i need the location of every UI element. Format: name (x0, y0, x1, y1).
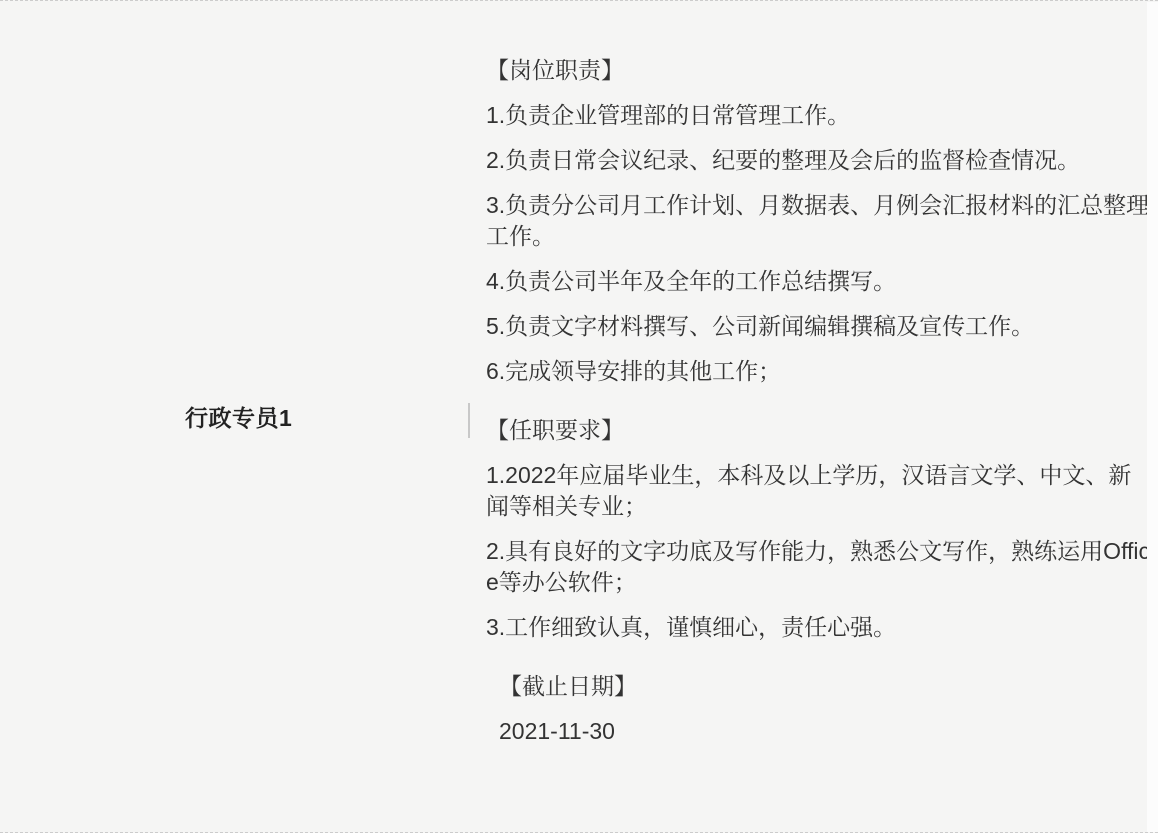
detail-line: 3.工作细致认真，谨慎细心，责任心强。 (486, 612, 1152, 643)
detail-line: 2.负责日常会议纪录、纪要的整理及会后的监督检查情况。 (486, 145, 1152, 176)
detail-line: 4.负责公司半年及全年的工作总结撰写。 (486, 266, 1152, 297)
detail-line: 3.负责分公司月工作计划、月数据表、月例会汇报材料的汇总整理工作。 (486, 190, 1152, 252)
title-detail-divider (468, 403, 470, 438)
detail-line: 2.具有良好的文字功底及写作能力，熟悉公文写作，熟练运用Office等办公软件； (486, 536, 1152, 598)
section-heading: 【岗位职责】 (486, 55, 1152, 86)
job-section-duties: 【岗位职责】 1.负责企业管理部的日常管理工作。 2.负责日常会议纪录、纪要的整… (486, 55, 1152, 387)
detail-line: 5.负责文字材料撰写、公司新闻编辑撰稿及宣传工作。 (486, 311, 1152, 342)
section-heading: 【截止日期】 (486, 671, 1152, 702)
detail-line: 1.负责企业管理部的日常管理工作。 (486, 100, 1152, 131)
job-section-deadline: 【截止日期】 2021-11-30 (486, 671, 1152, 747)
deadline-date: 2021-11-30 (486, 716, 1152, 747)
job-title[interactable]: 行政专员1 (185, 403, 292, 434)
job-detail: 【岗位职责】 1.负责企业管理部的日常管理工作。 2.负责日常会议纪录、纪要的整… (486, 1, 1152, 761)
detail-line: 6.完成领导安排的其他工作； (486, 356, 1152, 387)
detail-line: 1.2022年应届毕业生，本科及以上学历，汉语言文学、中文、新闻等相关专业； (486, 460, 1152, 522)
job-section-requirements: 【任职要求】 1.2022年应届毕业生，本科及以上学历，汉语言文学、中文、新闻等… (486, 415, 1152, 643)
section-heading: 【任职要求】 (486, 415, 1152, 446)
right-edge-gutter (1147, 2, 1158, 832)
job-posting-panel: 行政专员1 【岗位职责】 1.负责企业管理部的日常管理工作。 2.负责日常会议纪… (0, 0, 1158, 833)
